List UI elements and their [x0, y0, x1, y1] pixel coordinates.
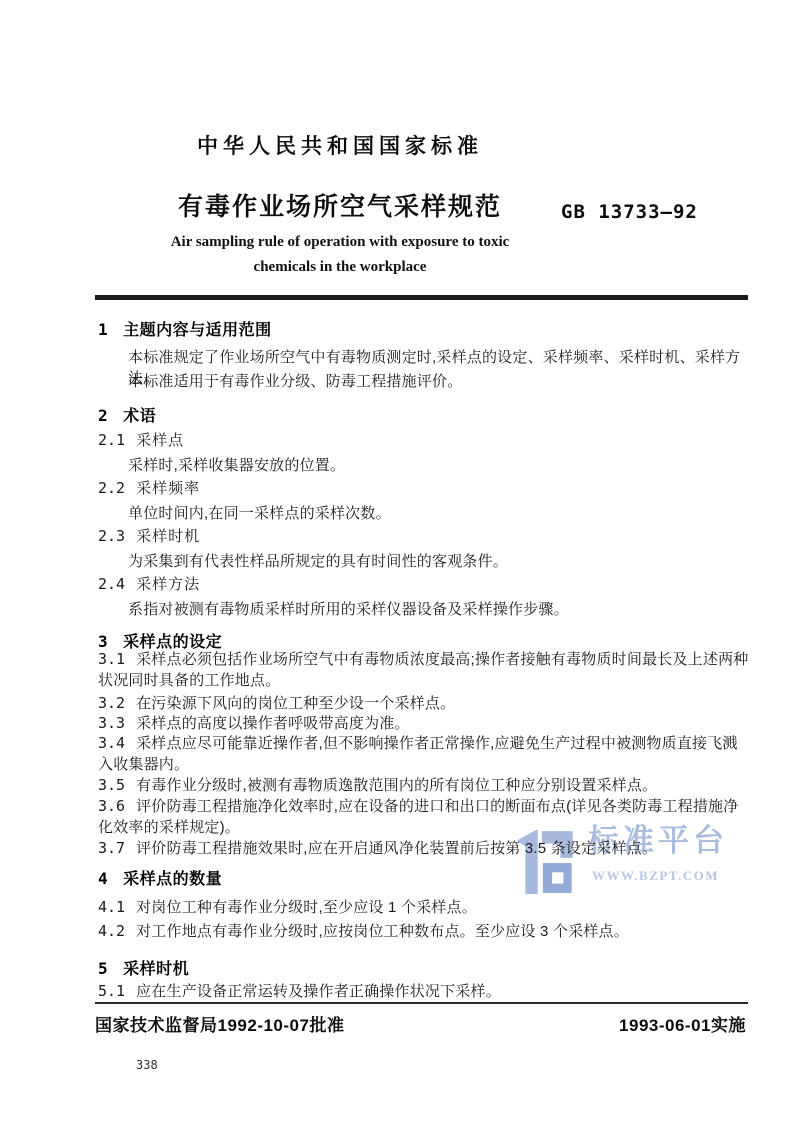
- clause-number: 3.3: [98, 713, 125, 734]
- clause-number: 3.7: [98, 838, 125, 859]
- section-5-heading: 5采样时机: [98, 956, 189, 979]
- standard-code: GB 13733—92: [561, 201, 748, 223]
- clause-number: 4.1: [98, 897, 125, 918]
- term-2-2-definition: 单位时间内,在同一采样点的采样次数。: [98, 503, 750, 524]
- section-number: 2: [98, 406, 108, 425]
- section-1-paragraph-2: 本标准适用于有毒作业分级、防毒工程措施评价。: [98, 371, 750, 392]
- term-number: 2.1: [98, 430, 125, 451]
- clause-text: 对岗位工种有毒作业分级时,至少应设 1 个采样点。: [136, 899, 477, 916]
- term-2-1: 2.1采样点: [98, 430, 750, 451]
- clause-5-1: 5.1应在生产设备正常运转及操作者正确操作状况下采样。: [98, 981, 750, 1002]
- clause-text: 采样点的高度以操作者呼吸带高度为准。: [136, 715, 410, 732]
- clause-text: 有毒作业分级时,被测有毒物质逸散范围内的所有岗位工种应分别设置采样点。: [136, 777, 657, 794]
- clause-3-5: 3.5有毒作业分级时,被测有毒物质逸散范围内的所有岗位工种应分别设置采样点。: [98, 775, 750, 796]
- document-title: 有毒作业场所空气采样规范: [95, 187, 585, 223]
- clause-text: 评价防毒工程措施净化效率时,应在设备的进口和出口的断面布点(详见各类防毒工程措施…: [98, 798, 738, 836]
- section-4-heading: 4采样点的数量: [98, 866, 222, 889]
- clause-number: 3.4: [98, 733, 125, 754]
- section-2-heading: 2术语: [98, 403, 156, 426]
- term-number: 2.2: [98, 478, 125, 499]
- section-1-heading: 1主题内容与适用范围: [98, 317, 272, 340]
- page-number: 338: [136, 1058, 158, 1072]
- clause-3-2: 3.2在污染源下风向的岗位工种至少设一个采样点。: [98, 693, 750, 714]
- clause-text: 对工作地点有毒作业分级时,应按岗位工种数布点。至少应设 3 个采样点。: [136, 923, 629, 940]
- section-title: 主题内容与适用范围: [123, 322, 272, 339]
- section-number: 4: [98, 869, 108, 888]
- term-2-3: 2.3采样时机: [98, 526, 750, 547]
- watermark-url: WWW.BZPT.COM: [592, 868, 728, 884]
- term-2-3-definition: 为采集到有代表性样品所规定的具有时间性的客观条件。: [98, 551, 750, 572]
- clause-4-2: 4.2对工作地点有毒作业分级时,应按岗位工种数布点。至少应设 3 个采样点。: [98, 921, 750, 942]
- document-page: 标准平台 WWW.BZPT.COM 中华人民共和国国家标准 有毒作业场所空气采样…: [0, 0, 800, 1134]
- clause-number: 3.1: [98, 649, 125, 670]
- clause-text: 评价防毒工程措施效果时,应在开启通风净化装置前后按第 3.5 条设定采样点。: [136, 840, 657, 857]
- section-title: 采样点的数量: [123, 871, 222, 888]
- implementation-note: 1993-06-01实施: [619, 1011, 746, 1036]
- clause-3-6: 3.6评价防毒工程措施净化效率时,应在设备的进口和出口的断面布点(详见各类防毒工…: [98, 796, 750, 838]
- clause-text: 在污染源下风向的岗位工种至少设一个采样点。: [136, 695, 455, 712]
- term-2-1-definition: 采样时,采样收集器安放的位置。: [98, 455, 750, 476]
- approval-note: 国家技术监督局1992-10-07批准: [95, 1011, 344, 1036]
- section-title: 术语: [123, 408, 156, 425]
- english-title-line1: Air sampling rule of operation with expo…: [95, 234, 585, 251]
- term-name: 采样频率: [136, 480, 200, 497]
- term-number: 2.4: [98, 574, 125, 595]
- section-number: 1: [98, 320, 108, 339]
- section-title: 采样时机: [123, 961, 189, 978]
- term-name: 采样时机: [136, 528, 200, 545]
- footer-rule: [95, 1002, 748, 1004]
- clause-number: 3.6: [98, 796, 125, 817]
- clause-4-1: 4.1对岗位工种有毒作业分级时,至少应设 1 个采样点。: [98, 897, 750, 918]
- clause-number: 3.5: [98, 775, 125, 796]
- term-number: 2.3: [98, 526, 125, 547]
- header-rule: [95, 295, 748, 300]
- clause-number: 5.1: [98, 981, 125, 1002]
- standard-label: 中华人民共和国国家标准: [95, 130, 585, 160]
- english-title-line2: chemicals in the workplace: [95, 259, 585, 276]
- clause-3-4: 3.4采样点应尽可能靠近操作者,但不影响操作者正常操作,应避免生产过程中被测物质…: [98, 733, 750, 775]
- clause-number: 4.2: [98, 921, 125, 942]
- term-name: 采样点: [136, 432, 184, 449]
- clause-3-3: 3.3采样点的高度以操作者呼吸带高度为准。: [98, 713, 750, 734]
- clause-3-7: 3.7评价防毒工程措施效果时,应在开启通风净化装置前后按第 3.5 条设定采样点…: [98, 838, 750, 859]
- clause-number: 3.2: [98, 693, 125, 714]
- term-name: 采样方法: [136, 576, 200, 593]
- term-2-4: 2.4采样方法: [98, 574, 750, 595]
- section-number: 5: [98, 959, 108, 978]
- clause-text: 应在生产设备正常运转及操作者正确操作状况下采样。: [136, 983, 501, 1000]
- clause-text: 采样点应尽可能靠近操作者,但不影响操作者正常操作,应避免生产过程中被测物质直接飞…: [98, 735, 738, 773]
- term-2-2: 2.2采样频率: [98, 478, 750, 499]
- clause-text: 采样点必须包括作业场所空气中有毒物质浓度最高;操作者接触有毒物质时间最长及上述两…: [98, 651, 748, 689]
- term-2-4-definition: 系指对被测有毒物质采样时所用的采样仪器设备及采样操作步骤。: [98, 599, 750, 620]
- clause-3-1: 3.1采样点必须包括作业场所空气中有毒物质浓度最高;操作者接触有毒物质时间最长及…: [98, 649, 750, 691]
